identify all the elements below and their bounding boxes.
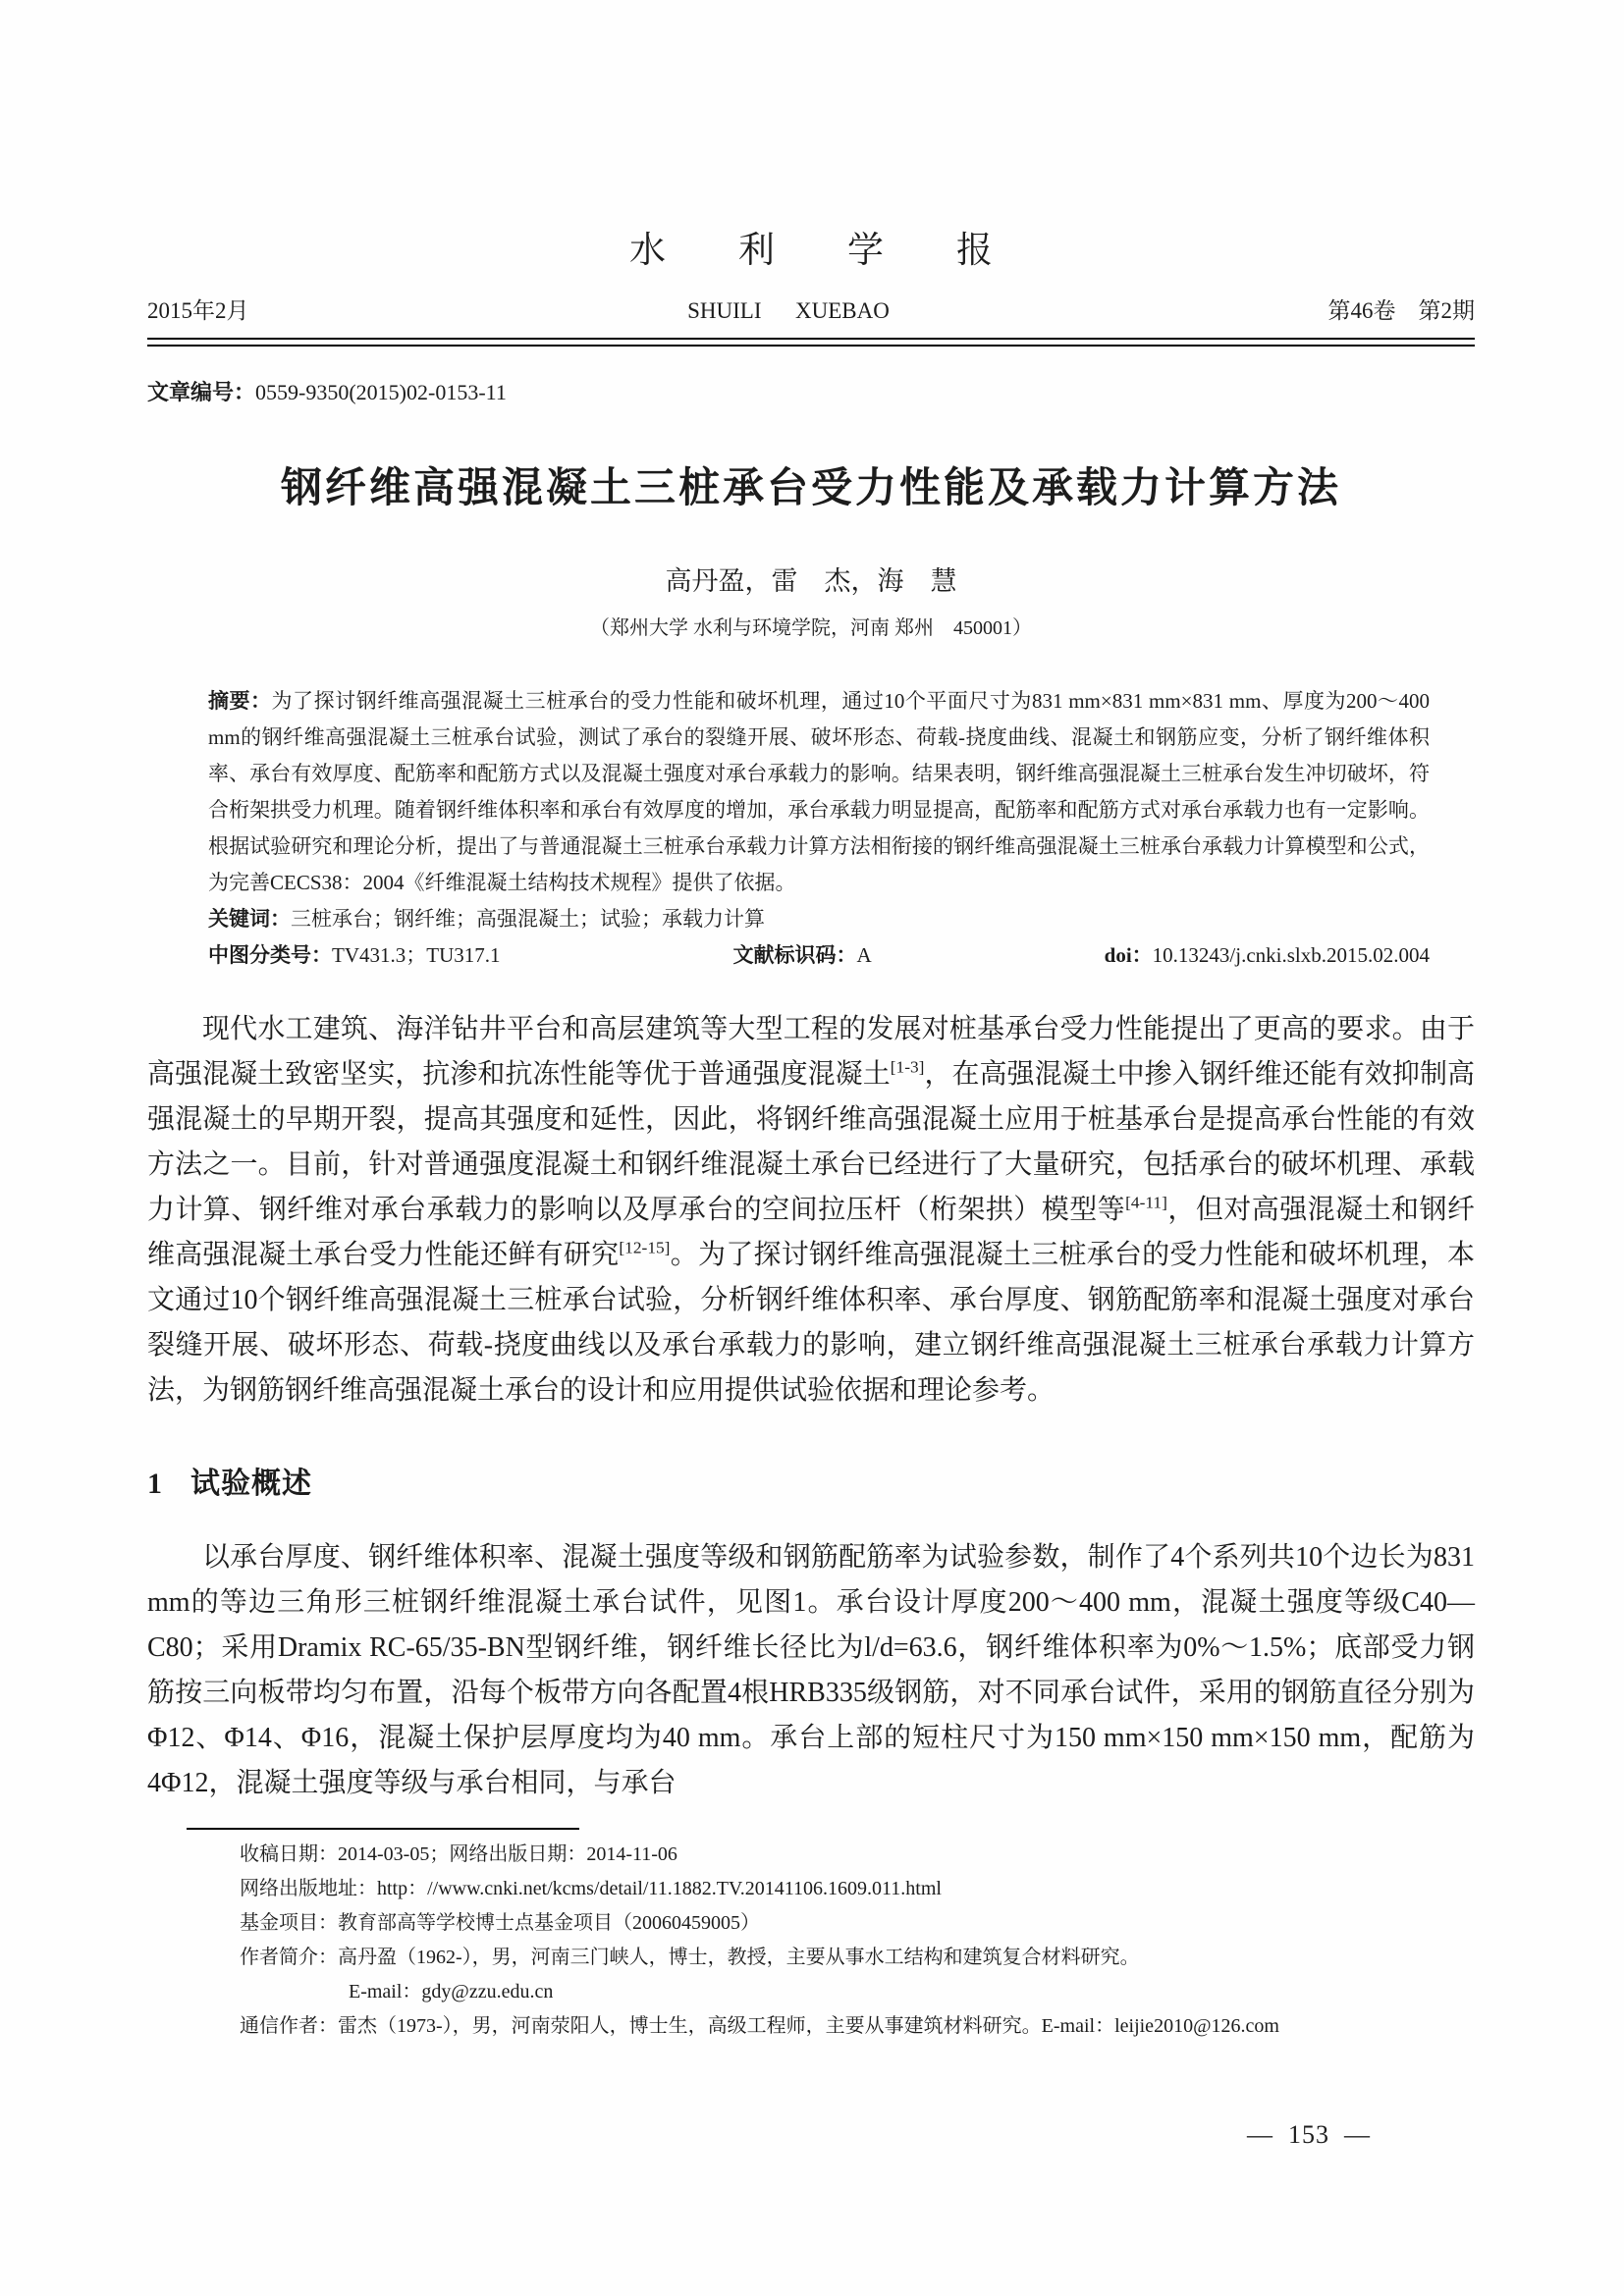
footnote-received-date: 收稿日期：2014-03-05；网络出版日期：2014-11-06 [240,1838,1475,1872]
doc-code-label: 文献标识码： [732,943,856,967]
footnote-text: 教育部高等学校博士点基金项目（20060459005） [338,1912,760,1934]
clc-item: 中图分类号：TV431.3；TU317.1 [208,937,501,974]
journal-title-cn: 水 利 学 报 [147,220,1475,273]
abstract-paragraph: 摘要：为了探讨钢纤维高强混凝土三桩承台的受力性能和破坏机理，通过10个平面尺寸为… [208,683,1430,901]
footnote-lines: 收稿日期：2014-03-05；网络出版日期：2014-11-06 网络出版地址… [240,1838,1475,2044]
doc-code-value: A [856,943,871,967]
footnote-separator-rule [187,1828,579,1830]
footnote-text: 2014-03-05；网络出版日期：2014-11-06 [338,1843,677,1865]
abstract-block: 摘要：为了探讨钢纤维高强混凝土三桩承台的受力性能和破坏机理，通过10个平面尺寸为… [208,683,1430,974]
footnote-funding: 基金项目：教育部高等学校博士点基金项目（20060459005） [240,1906,1475,1941]
article-title: 钢纤维高强混凝土三桩承台受力性能及承载力计算方法 [147,455,1475,514]
keywords-text: 三桩承台；钢纤维；高强混凝土；试验；承载力计算 [291,907,765,931]
doi-value: 10.13243/j.cnki.slxb.2015.02.004 [1153,943,1430,967]
journal-page: 水 利 学 报 2015年2月 SHUILI XUEBAO 第46卷 第2期 文… [0,0,1624,2296]
footnote-text: 雷杰（1973-），男，河南荥阳人，博士生，高级工程师，主要从事建筑材料研究。E… [338,2015,1279,2037]
classification-line: 中图分类号：TV431.3；TU317.1 文献标识码：A doi：10.132… [208,937,1430,974]
footnote-text: 高丹盈（1962-），男，河南三门峡人，博士，教授，主要从事水工结构和建筑复合材… [338,1947,1140,1968]
keywords-label: 关键词： [208,907,291,931]
section-1-heading: 1试验概述 [147,1459,1475,1502]
footnote-label: 网络出版地址： [240,1878,377,1899]
keywords-line: 关键词：三桩承台；钢纤维；高强混凝土；试验；承载力计算 [208,901,1430,937]
footnote-area: 收稿日期：2014-03-05；网络出版日期：2014-11-06 网络出版地址… [147,1828,1475,2044]
section-1-number: 1 [147,1468,163,1500]
footnote-label: 基金项目： [240,1912,338,1934]
abstract-text: 为了探讨钢纤维高强混凝土三桩承台的受力性能和破坏机理，通过10个平面尺寸为831… [208,689,1430,894]
footnote-corresponding-author: 通信作者：雷杰（1973-），男，河南荥阳人，博士生，高级工程师，主要从事建筑材… [240,2009,1475,2044]
abstract-label: 摘要： [208,689,272,713]
footnote-author-email: E-mail：gdy@zzu.edu.cn [240,1975,1475,2009]
footnote-author-bio: 作者简介：高丹盈（1962-），男，河南三门峡人，博士，教授，主要从事水工结构和… [240,1941,1475,1975]
footnote-label: 收稿日期： [240,1843,338,1865]
article-id-value: 0559-9350(2015)02-0153-11 [255,380,507,404]
footnote-label: 作者简介： [240,1947,338,1968]
issue-date: 2015年2月 [147,293,249,325]
footnote-text: http：//www.cnki.net/kcms/detail/11.1882.… [377,1878,942,1899]
article-id-line: 文章编号：0559-9350(2015)02-0153-11 [147,376,1475,406]
article-affiliation: （郑州大学 水利与环境学院，河南 郑州 450001） [147,612,1475,640]
section-1-title: 试验概述 [190,1468,312,1500]
footnote-online-url: 网络出版地址：http：//www.cnki.net/kcms/detail/1… [240,1872,1475,1906]
journal-header-row: 2015年2月 SHUILI XUEBAO 第46卷 第2期 [147,293,1475,325]
doc-code-item: 文献标识码：A [732,937,871,974]
intro-paragraph: 现代水工建筑、海洋钻井平台和高层建筑等大型工程的发展对桩基承台受力性能提出了更高… [147,1007,1475,1414]
volume-issue: 第46卷 第2期 [1328,293,1476,325]
section-1-paragraph: 以承台厚度、钢纤维体积率、混凝土强度等级和钢筋配筋率为试验参数，制作了4个系列共… [147,1535,1475,1806]
header-double-rule [147,338,1475,347]
article-authors: 高丹盈，雷 杰，海 慧 [147,560,1475,598]
doi-item: doi：10.13243/j.cnki.slxb.2015.02.004 [1105,937,1430,974]
journal-title-en: SHUILI XUEBAO [687,298,890,324]
clc-value: TV431.3；TU317.1 [332,943,501,967]
footnote-text: E-mail：gdy@zzu.edu.cn [349,1981,553,2002]
footnote-label: 通信作者： [240,2015,338,2037]
doi-label: doi： [1105,943,1153,967]
article-id-label: 文章编号： [147,380,255,404]
clc-label: 中图分类号： [208,943,332,967]
page-number: — 153 — [1247,2120,1371,2150]
